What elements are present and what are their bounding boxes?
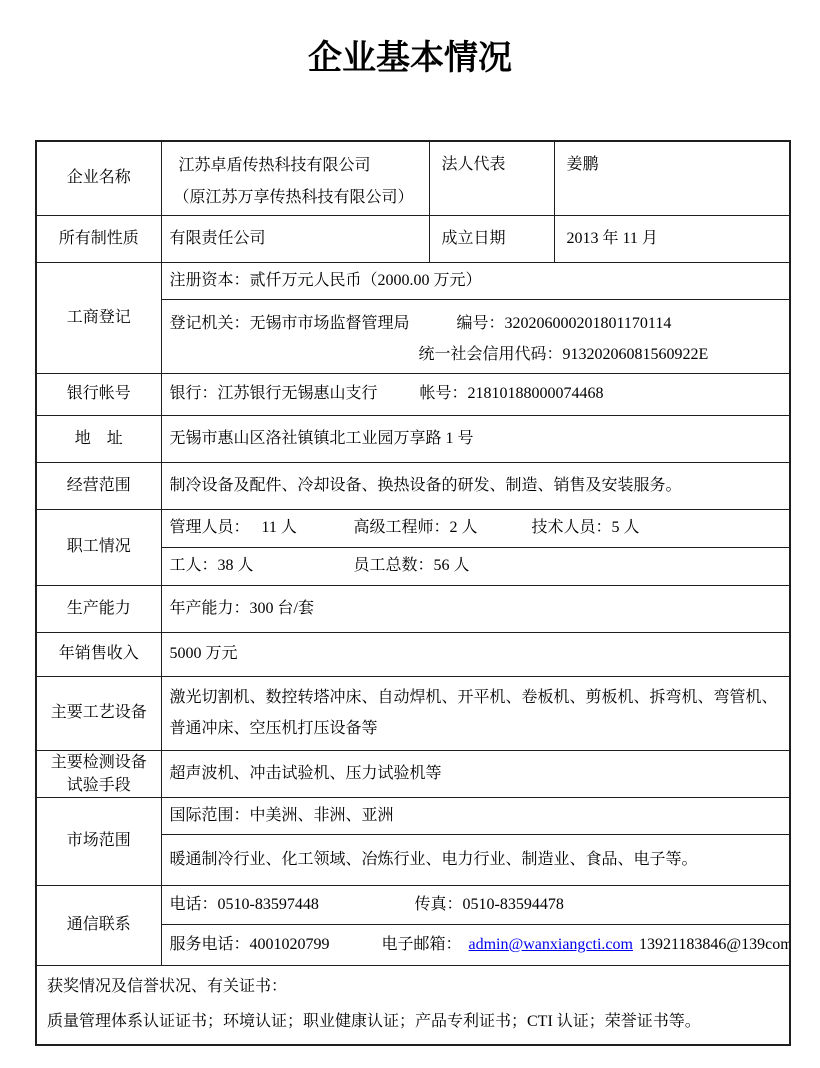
bank-label: 银行帐号: [36, 373, 161, 415]
address-value: 无锡市惠山区洛社镇镇北工业园万享路 1 号: [161, 415, 790, 462]
bank-name: 银行：江苏银行无锡惠山支行: [170, 384, 378, 404]
table-row: 年销售收入 5000 万元: [36, 632, 790, 676]
equipment-value: 激光切割机、数控转塔冲床、自动焊机、开平机、卷板机、剪板机、拆弯机、弯管机、普通…: [161, 676, 790, 750]
contact-email-alt: 13921183846@139com: [639, 936, 790, 953]
business-scope-label: 经营范围: [36, 462, 161, 509]
capacity-value: 年产能力：300 台/套: [161, 585, 790, 632]
contact-fax: 传真：0510-83594478: [415, 895, 564, 915]
market-label: 市场范围: [36, 797, 161, 885]
testing-label-line1: 主要检测设备: [37, 751, 161, 774]
registration-number: 编号：320206000201801170114: [457, 308, 672, 339]
table-row: 职工情况 管理人员： 11 人 高级工程师：2 人 技术人员：5 人: [36, 509, 790, 547]
company-name-line1: 江苏卓盾传热科技有限公司: [162, 150, 429, 182]
registration-credit-line: 统一社会信用代码：91320206081560922E: [162, 339, 790, 370]
contact-line1: 电话：0510-83597448 传真：0510-83594478: [161, 885, 790, 924]
staff-total: 员工总数：56 人: [354, 556, 470, 576]
contact-phone: 电话：0510-83597448: [170, 895, 319, 915]
contact-line2: 服务电话：4001020799 电子邮箱： admin@wanxiangcti.…: [161, 924, 790, 965]
company-name-label: 企业名称: [36, 141, 161, 215]
registration-label: 工商登记: [36, 262, 161, 373]
company-name-line2: （原江苏万享传热科技有限公司）: [162, 182, 429, 214]
market-industries: 暖通制冷行业、化工领域、冶炼行业、电力行业、制造业、食品、电子等。: [161, 834, 790, 885]
table-row: 生产能力 年产能力：300 台/套: [36, 585, 790, 632]
bank-value: 银行：江苏银行无锡惠山支行 帐号：21810188000074468: [161, 373, 790, 415]
page-title: 企业基本情况: [0, 30, 820, 79]
staff-workers: 工人：38 人: [170, 556, 254, 576]
founded-value: 2013 年 11 月: [554, 215, 790, 262]
staff-management: 管理人员：: [170, 518, 250, 538]
registration-authority: 登记机关：无锡市市场监督管理局: [170, 315, 410, 332]
annual-sales-label: 年销售收入: [36, 632, 161, 676]
table-row: 市场范围 国际范围：中美洲、非洲、亚洲: [36, 797, 790, 834]
credit-code: 统一社会信用代码：91320206081560922E: [419, 346, 709, 363]
awards-line2: 质量管理体系认证证书；环境认证；职业健康认证；产品专利证书；CTI 认证；荣誉证…: [47, 1004, 779, 1039]
table-row: 工商登记 注册资本：贰仟万元人民币（2000.00 万元）: [36, 262, 790, 299]
legal-rep-value: 姜鹏: [554, 141, 790, 215]
table-row: 经营范围 制冷设备及配件、冷却设备、换热设备的研发、制造、销售及安装服务。: [36, 462, 790, 509]
ownership-value: 有限责任公司: [161, 215, 429, 262]
table-row: 所有制性质 有限责任公司 成立日期 2013 年 11 月: [36, 215, 790, 262]
table-row: 主要工艺设备 激光切割机、数控转塔冲床、自动焊机、开平机、卷板机、剪板机、拆弯机…: [36, 676, 790, 750]
enterprise-info-table: 企业名称 江苏卓盾传热科技有限公司 （原江苏万享传热科技有限公司） 法人代表 姜…: [35, 140, 791, 1046]
business-scope-value: 制冷设备及配件、冷却设备、换热设备的研发、制造、销售及安装服务。: [161, 462, 790, 509]
testing-label-line2: 试验手段: [37, 774, 161, 797]
registration-capital: 注册资本：贰仟万元人民币（2000.00 万元）: [161, 262, 790, 299]
staff-management-count: 11 人: [262, 518, 297, 538]
staff-line2: 工人：38 人 员工总数：56 人: [161, 547, 790, 585]
staff-line1: 管理人员： 11 人 高级工程师：2 人 技术人员：5 人: [161, 509, 790, 547]
staff-technicians: 技术人员：5 人: [532, 518, 640, 538]
email-link[interactable]: admin@wanxiangcti.com: [469, 936, 633, 953]
table-row: 主要检测设备 试验手段 超声波机、冲击试验机、压力试验机等: [36, 750, 790, 797]
equipment-label: 主要工艺设备: [36, 676, 161, 750]
awards-line1: 获奖情况及信誉状况、有关证书：: [47, 969, 779, 1004]
company-name-value: 江苏卓盾传热科技有限公司 （原江苏万享传热科技有限公司）: [161, 141, 429, 215]
table-row: 地 址 无锡市惠山区洛社镇镇北工业园万享路 1 号: [36, 415, 790, 462]
staff-label: 职工情况: [36, 509, 161, 585]
registration-authority-line: 登记机关：无锡市市场监督管理局 编号：320206000201801170114: [162, 308, 790, 339]
market-international: 国际范围：中美洲、非洲、亚洲: [161, 797, 790, 834]
contact-email-group: admin@wanxiangcti.com13921183846@139com: [469, 935, 791, 955]
annual-sales-value: 5000 万元: [161, 632, 790, 676]
staff-senior-engineers: 高级工程师：2 人: [354, 518, 478, 538]
document-page: 企业基本情况 企业名称 江苏卓盾传热科技有限公司 （原江苏万享传热科技有限公司）…: [0, 0, 820, 1068]
founded-label: 成立日期: [429, 215, 554, 262]
testing-value: 超声波机、冲击试验机、压力试验机等: [161, 750, 790, 797]
contact-email-label: 电子邮箱：: [382, 935, 462, 955]
ownership-label: 所有制性质: [36, 215, 161, 262]
contact-label: 通信联系: [36, 885, 161, 965]
table-row: 获奖情况及信誉状况、有关证书： 质量管理体系认证证书；环境认证；职业健康认证；产…: [36, 965, 790, 1045]
bank-account: 帐号：21810188000074468: [420, 384, 604, 404]
testing-label: 主要检测设备 试验手段: [36, 750, 161, 797]
legal-rep-label: 法人代表: [429, 141, 554, 215]
registration-detail: 登记机关：无锡市市场监督管理局 编号：320206000201801170114…: [161, 299, 790, 373]
address-label: 地 址: [36, 415, 161, 462]
capacity-label: 生产能力: [36, 585, 161, 632]
table-row: 通信联系 电话：0510-83597448 传真：0510-83594478: [36, 885, 790, 924]
table-row: 企业名称 江苏卓盾传热科技有限公司 （原江苏万享传热科技有限公司） 法人代表 姜…: [36, 141, 790, 215]
contact-service-phone: 服务电话：4001020799: [170, 935, 330, 955]
awards-cell: 获奖情况及信誉状况、有关证书： 质量管理体系认证证书；环境认证；职业健康认证；产…: [36, 965, 790, 1045]
table-row: 银行帐号 银行：江苏银行无锡惠山支行 帐号：21810188000074468: [36, 373, 790, 415]
